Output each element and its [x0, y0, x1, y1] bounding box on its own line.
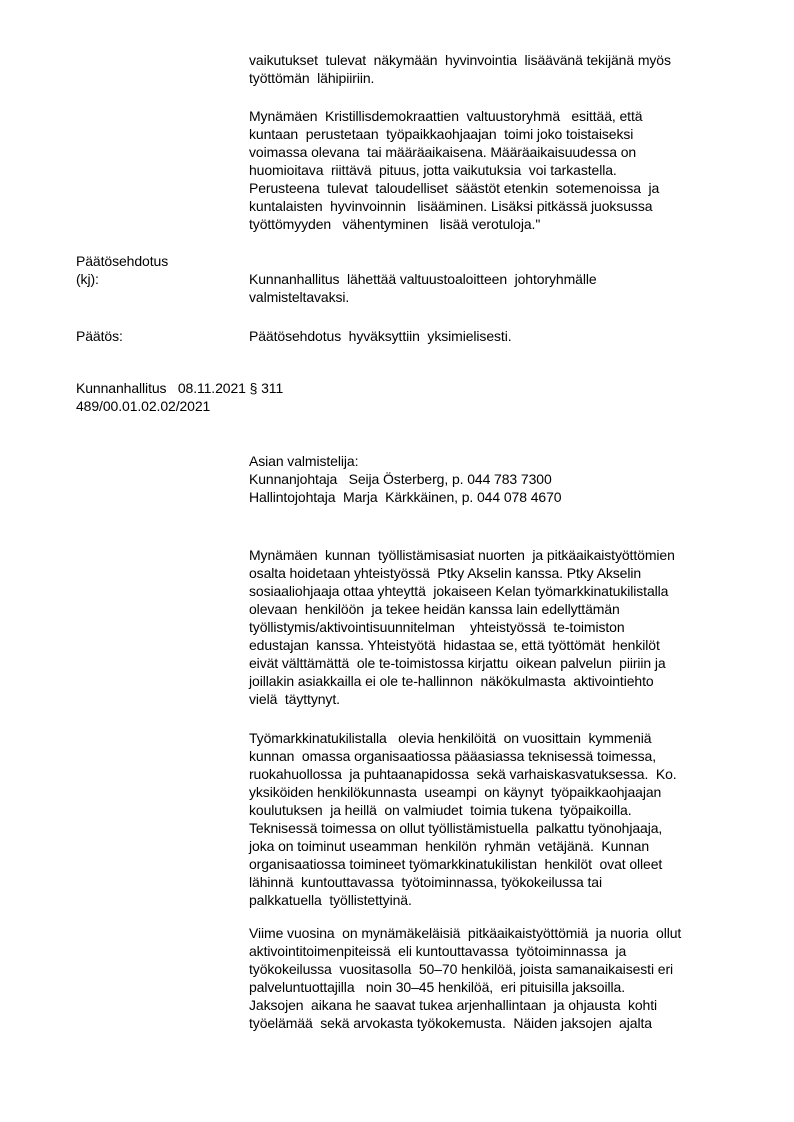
text-line: yksiköiden henkilökunnasta useampi on kä… — [249, 783, 677, 801]
label-line: Päätös: — [76, 327, 123, 345]
text-line: Mynämäen kunnan työllistämisasiat nuorte… — [249, 546, 675, 564]
text-line: työelämää sekä arvokasta työkokemusta. N… — [249, 1014, 681, 1032]
document-page: vaikutukset tulevat näkymään hyvinvointi… — [0, 0, 794, 1122]
text-line: eivät välttämättä ole te-toimistossa kir… — [249, 654, 675, 672]
text-line: voimassa olevana tai määräaikaisena. Mää… — [249, 143, 659, 161]
text-line: vielä täyttynyt. — [249, 690, 675, 708]
text-line: lähinnä kuntouttavassa työtoiminnassa, t… — [249, 873, 677, 891]
text-line: osalta hoidetaan yhteistyössä Ptky Aksel… — [249, 564, 675, 582]
decision-label: Päätös: — [76, 327, 123, 345]
text-line: olevaan henkilöön ja tekee heidän kanssa… — [249, 600, 675, 618]
proposal-paragraph: Mynämäen Kristillisdemokraattien valtuus… — [249, 107, 659, 233]
preparers-heading: Asian valmistelija: — [249, 452, 561, 470]
text-line: sosiaaliohjaaja ottaa yhteyttä jokaiseen… — [249, 582, 675, 600]
text-line: joka on toiminut useamman henkilön ryhmä… — [249, 837, 677, 855]
decision-proposal-text: Kunnanhallitus lähettää valtuustoaloitte… — [249, 270, 597, 306]
text-line: työttömän lähipiiriin. — [249, 69, 671, 87]
text-line: vaikutukset tulevat näkymään hyvinvointi… — [249, 51, 671, 69]
text-line: Perusteena tulevat taloudelliset säästöt… — [249, 179, 659, 197]
meeting-header: Kunnanhallitus 08.11.2021 § 311 489/00.0… — [76, 379, 283, 415]
meeting-title: Kunnanhallitus 08.11.2021 § 311 — [76, 379, 283, 397]
text-line: ruokahuollossa ja puhtaanapidossa sekä v… — [249, 765, 677, 783]
text-line: työttömyyden vähentyminen lisää verotulo… — [249, 215, 659, 233]
text-line: kuntalaisten hyvinvoinnin lisääminen. Li… — [249, 197, 659, 215]
text-line: organisaatiossa toimineet työmarkkinatuk… — [249, 855, 677, 873]
text-line: palveluntuottajilla noin 30–45 henkilöä,… — [249, 978, 681, 996]
text-line: kuntaan perustetaan työpaikkaohjaajan to… — [249, 125, 659, 143]
preparer-line: Kunnanjohtaja Seija Österberg, p. 044 78… — [249, 470, 561, 488]
text-line: Teknisessä toimessa on ollut työllistämi… — [249, 819, 677, 837]
text-line: valmisteltavaksi. — [249, 288, 597, 306]
text-line: Viime vuosina on mynämäkeläisiä pitkäaik… — [249, 924, 681, 942]
text-line: aktivointitoimenpiteissä eli kuntouttava… — [249, 942, 681, 960]
preparers-block: Asian valmistelija: Kunnanjohtaja Seija … — [249, 452, 561, 506]
text-line: edustajan kanssa. Yhteistyötä hidastaa s… — [249, 636, 675, 654]
body-paragraph-3: Viime vuosina on mynämäkeläisiä pitkäaik… — [249, 924, 681, 1032]
text-line: koulutuksen ja heillä on valmiudet toimi… — [249, 801, 677, 819]
text-line: Työmarkkinatukilistalla olevia henkilöit… — [249, 729, 677, 747]
text-line: työkokeilussa vuositasolla 50–70 henkilö… — [249, 960, 681, 978]
text-line: Päätösehdotus hyväksyttiin yksimielisest… — [249, 327, 512, 345]
text-line: huomioitava riittävä pituus, jotta vaiku… — [249, 161, 659, 179]
decision-proposal-label: Päätösehdotus (kj): — [76, 252, 168, 288]
label-line: (kj): — [76, 270, 168, 288]
body-paragraph-2: Työmarkkinatukilistalla olevia henkilöit… — [249, 729, 677, 909]
text-line: Jaksojen aikana he saavat tukea arjenhal… — [249, 996, 681, 1014]
decision-text: Päätösehdotus hyväksyttiin yksimielisest… — [249, 327, 512, 345]
text-line: Kunnanhallitus lähettää valtuustoaloitte… — [249, 270, 597, 288]
intro-paragraph: vaikutukset tulevat näkymään hyvinvointi… — [249, 51, 671, 87]
text-line: kunnan omassa organisaatiossa pääasiassa… — [249, 747, 677, 765]
text-line: joillakin asiakkailla ei ole te-hallinno… — [249, 672, 675, 690]
text-line: työllistymis/aktivointisuunnitelman yhte… — [249, 618, 675, 636]
preparer-line: Hallintojohtaja Marja Kärkkäinen, p. 044… — [249, 488, 561, 506]
meeting-reference: 489/00.01.02.02/2021 — [76, 397, 283, 415]
text-line: palkkatuella työllistettyinä. — [249, 891, 677, 909]
body-paragraph-1: Mynämäen kunnan työllistämisasiat nuorte… — [249, 546, 675, 708]
text-line: Mynämäen Kristillisdemokraattien valtuus… — [249, 107, 659, 125]
label-line: Päätösehdotus — [76, 252, 168, 270]
